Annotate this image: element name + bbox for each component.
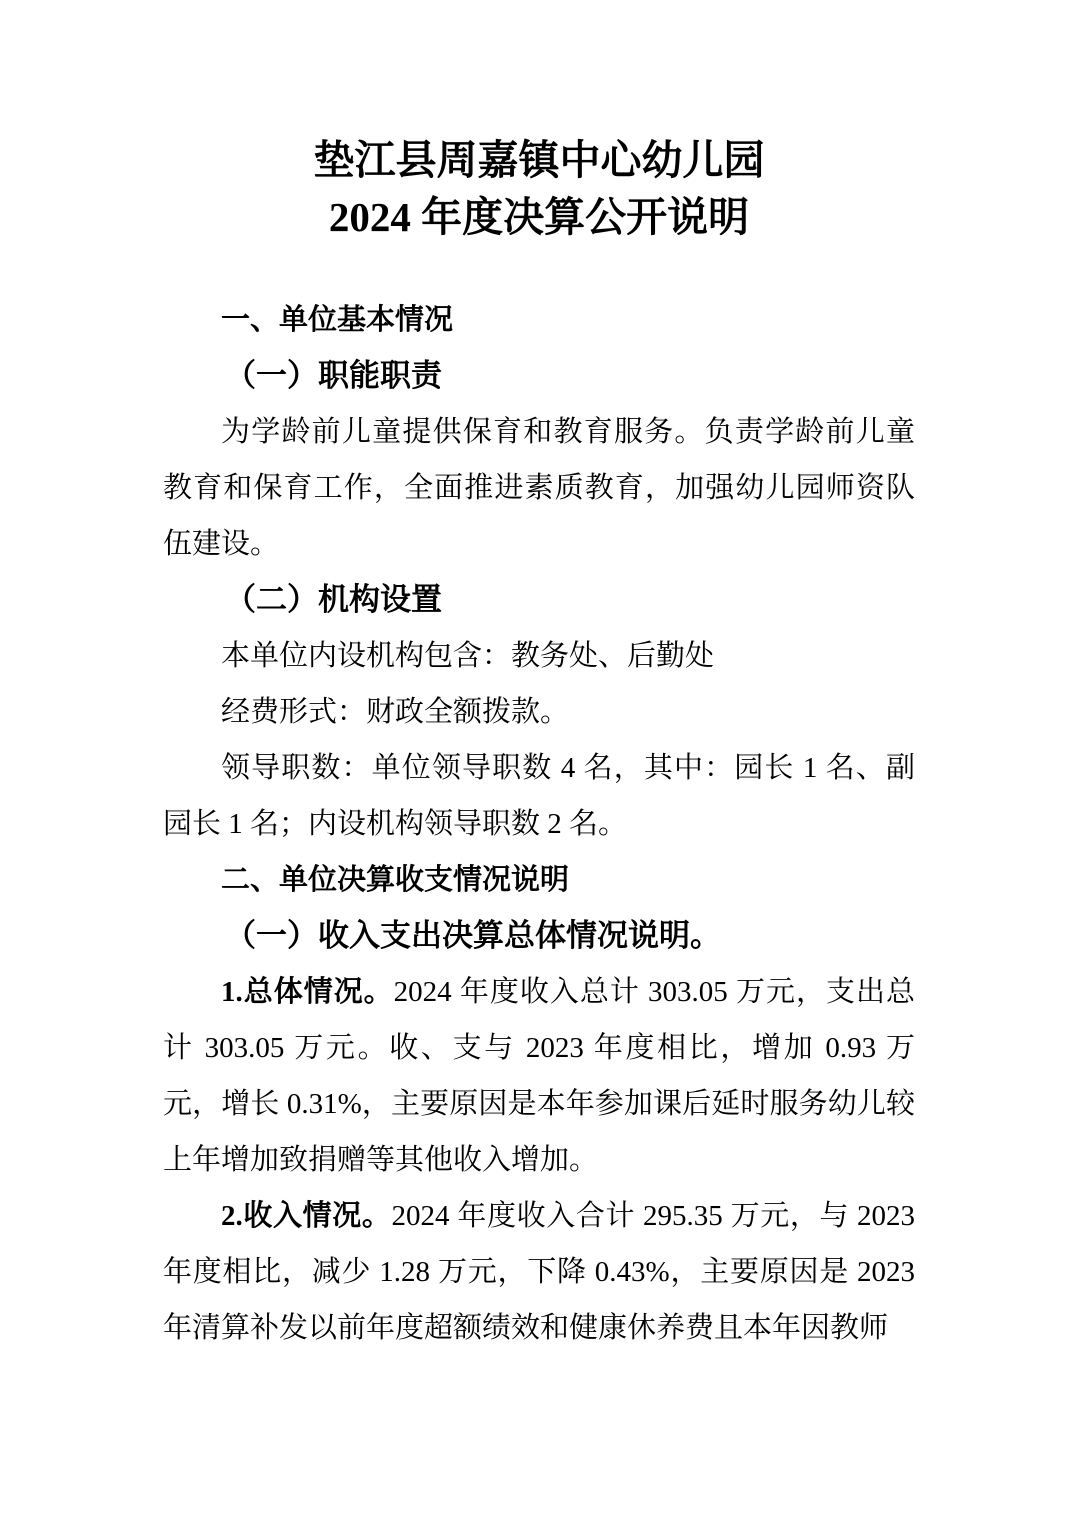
document-title-line-2: 2024 年度决算公开说明 — [163, 189, 915, 246]
paragraph-income-lead: 2.收入情况。 — [221, 1200, 392, 1232]
paragraph-overall-situation: 1.总体情况。2024 年度收入总计 303.05 万元，支出总计 303.05… — [163, 964, 915, 1188]
document-title-line-1: 垫江县周嘉镇中心幼儿园 — [163, 132, 915, 189]
document-page: 垫江县周嘉镇中心幼儿园 2024 年度决算公开说明 一、单位基本情况 （一）职能… — [0, 0, 1075, 1520]
section-heading-final-accounts: 二、单位决算收支情况说明 — [163, 852, 915, 908]
document-body: 一、单位基本情况 （一）职能职责 为学龄前儿童提供保育和教育服务。负责学龄前儿童… — [163, 292, 915, 1356]
paragraph-internal-departments: 本单位内设机构包含：教务处、后勤处 — [163, 628, 915, 684]
paragraph-overall-lead: 1.总体情况。 — [221, 976, 394, 1008]
paragraph-leadership-posts: 领导职数：单位领导职数 4 名，其中：园长 1 名、副园长 1 名；内设机构领导… — [163, 740, 915, 852]
paragraph-income-situation: 2.收入情况。2024 年度收入合计 295.35 万元，与 2023 年度相比… — [163, 1188, 915, 1356]
paragraph-duties: 为学龄前儿童提供保育和教育服务。负责学龄前儿童教育和保育工作，全面推进素质教育，… — [163, 404, 915, 572]
document-title: 垫江县周嘉镇中心幼儿园 2024 年度决算公开说明 — [163, 132, 915, 246]
subsection-heading-overall-statement: （一）收入支出决算总体情况说明。 — [163, 908, 915, 964]
paragraph-funding-type: 经费形式：财政全额拨款。 — [163, 684, 915, 740]
section-heading-basic-info: 一、单位基本情况 — [163, 292, 915, 348]
subsection-heading-structure: （二）机构设置 — [163, 572, 915, 628]
subsection-heading-duties: （一）职能职责 — [163, 348, 915, 404]
